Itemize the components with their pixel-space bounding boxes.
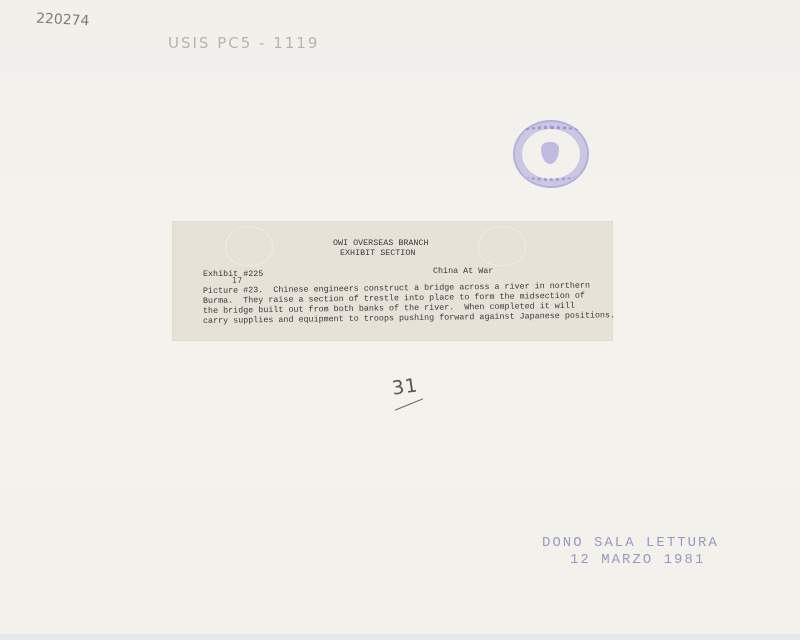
donation-stamp-line1: DONO SALA LETTURA — [542, 535, 719, 551]
handwritten-catalog-code: USIS PC5 - 1119 — [168, 34, 319, 52]
scan-edge-band — [0, 634, 800, 640]
label-header-section: EXHIBIT SECTION — [340, 248, 415, 258]
seal-ring-text-top — [523, 126, 579, 135]
handwritten-page-number: 31 — [391, 374, 420, 399]
label-header-branch: OWI OVERSEAS BRANCH — [333, 238, 429, 248]
donation-stamp-line2: 12 MARZO 1981 — [570, 552, 705, 568]
seal-ring-text-bottom — [527, 172, 575, 181]
watermark-mark — [478, 226, 526, 266]
watermark-mark — [225, 226, 273, 266]
round-seal-stamp — [513, 120, 589, 188]
caption-label: OWI OVERSEAS BRANCH EXHIBIT SECTION Chin… — [173, 222, 612, 340]
shield-icon — [541, 142, 559, 164]
label-subject: China At War — [433, 266, 493, 276]
handwritten-reference-number: 220274 — [36, 11, 90, 30]
